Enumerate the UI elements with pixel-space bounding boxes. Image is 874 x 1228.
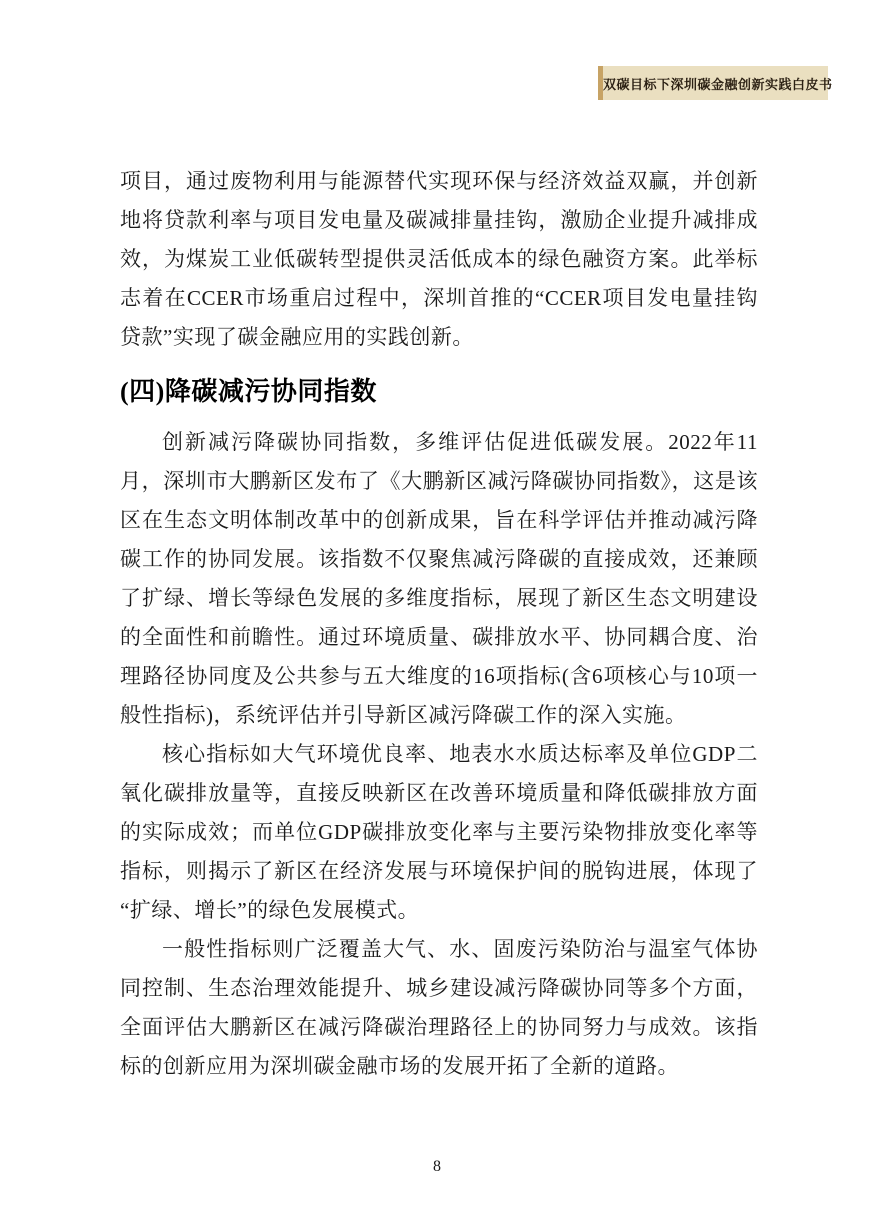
page-header-bar: 双碳目标下深圳碳金融创新实践白皮书 [598, 66, 828, 100]
section-heading-four: (四)降碳减污协同指数 [120, 373, 758, 411]
paragraph-general-indicators: 一般性指标则广泛覆盖大气、水、固废污染防治与温室气体协同控制、生态治理效能提升、… [120, 930, 758, 1086]
document-page: 双碳目标下深圳碳金融创新实践白皮书 项目，通过废物利用与能源替代实现环保与经济效… [0, 0, 874, 1228]
page-number: 8 [0, 1158, 874, 1176]
body-text-column: 项目，通过废物利用与能源替代实现环保与经济效益双赢，并创新地将贷款利率与项目发电… [120, 162, 758, 1086]
paragraph-ccer-loan: 项目，通过废物利用与能源替代实现环保与经济效益双赢，并创新地将贷款利率与项目发电… [120, 162, 758, 357]
paragraph-index-intro: 创新减污降碳协同指数，多维评估促进低碳发展。2022年11月，深圳市大鹏新区发布… [120, 423, 758, 735]
paragraph-core-indicators: 核心指标如大气环境优良率、地表水水质达标率及单位GDP二氧化碳排放量等，直接反映… [120, 735, 758, 930]
document-title-header: 双碳目标下深圳碳金融创新实践白皮书 [603, 74, 833, 93]
